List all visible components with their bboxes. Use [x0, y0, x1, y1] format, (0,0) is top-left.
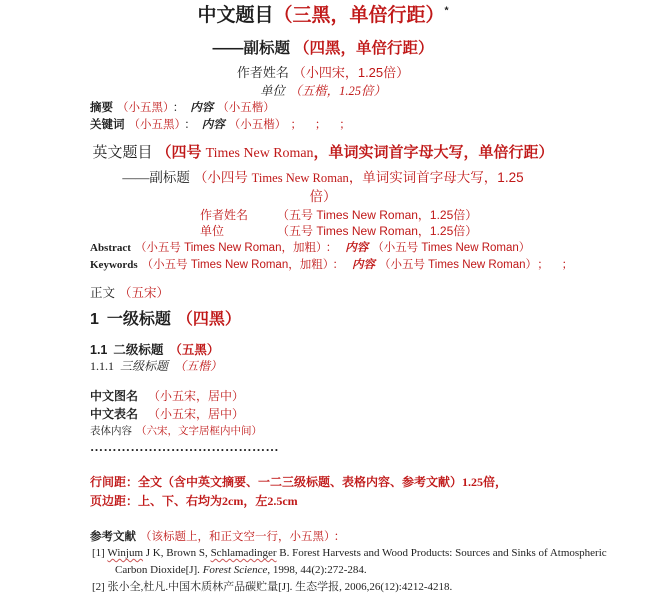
heading3-text: 三级标题 [120, 359, 168, 373]
cn-keywords-colon: ： [184, 119, 196, 131]
cn-subtitle-format-note: （四黑，单倍行距） [294, 40, 434, 57]
table-body-format-note: （六宋，文字居框内中间） [136, 425, 262, 437]
references-heading-line: 参考文献（该标题上，和正文空一行，小五黑）： [90, 530, 345, 544]
cn-title-format-note: （三黑，单倍行距） [273, 5, 444, 26]
cn-title-line: 中文题目（三黑，单倍行距）* [0, 4, 646, 28]
line-spacing-note-text: 行间距：全文（含中英文摘要、一二三级标题、表格内容、参考文献）1.25倍， [90, 475, 507, 489]
en-keywords-size-note: （小五号 Times New Roman，加粗） [142, 259, 329, 271]
table-caption-label: 中文表名 [90, 407, 138, 421]
en-abstract-label: Abstract [90, 242, 131, 254]
en-affiliation: 单位 [200, 224, 277, 239]
ref2-text: [2] 张小全,杜凡.中国木质林产品碳贮量[J]. 生态学报, 2006,26(… [92, 581, 452, 593]
references-heading-note: （该标题上，和正文空一行，小五黑） [140, 531, 330, 543]
en-subtitle-wrap-tail: 倍） [310, 189, 337, 204]
cn-author-format-note: （小四宋，1.25倍） [293, 65, 409, 80]
heading2-number: 1.1 [90, 343, 107, 357]
dotted-placeholder-line: …………………………………… [90, 439, 279, 455]
en-author-format-note: （五号 Times New Roman，1.25倍） [277, 208, 477, 222]
heading1-line: 1一级标题（四黑） [90, 310, 241, 330]
reference-item-1-line1: [1] Winjum J K, Brown S, Schlamadinger B… [92, 547, 607, 561]
cn-abstract-content-note: （小五楷） [217, 102, 275, 114]
en-abstract-line: Abstract（小五号 Times New Roman，加粗）：内容（小五号 … [90, 241, 530, 256]
title-footnote-star: * [444, 6, 448, 17]
page-margin-note: 页边距：上、下、右均为2cm，左2.5cm [90, 494, 298, 509]
ref1-line2-post: , 1998, 44(2):272-284. [267, 564, 366, 576]
en-abstract-content: 内容 [345, 242, 368, 254]
en-affiliation-line: 单位（五号 Times New Roman，1.25倍） [200, 224, 477, 239]
figure-caption-line: 中文图名（小五宋，居中） [90, 389, 244, 404]
ref1-title-part: B. Forest Harvests and Wood Products: So… [277, 547, 607, 559]
en-subtitle-line2: 倍） [0, 189, 646, 206]
cn-abstract-colon: ： [173, 102, 185, 114]
cn-author-line: 作者姓名（小四宋，1.25倍） [0, 65, 646, 81]
reference-item-1-line2: Carbon Dioxide[J]. Forest Science, 1998,… [115, 564, 367, 578]
en-author-line: 作者姓名（五号 Times New Roman，1.25倍） [200, 208, 477, 223]
en-abstract-size-note: （小五号 Times New Roman，加粗） [135, 242, 322, 254]
cn-abstract-line: 摘要（小五黑）：内容（小五楷） [90, 101, 275, 115]
cn-keywords-label: 关键词 [90, 119, 125, 131]
heading2-format-note: （五黑） [169, 343, 219, 357]
cn-subtitle: ——副标题 [212, 40, 290, 57]
ref1-line2-pre: Carbon Dioxide[J]. [115, 564, 203, 576]
table-caption-format-note: （小五宋，居中） [148, 407, 244, 421]
cn-abstract-size-note: （小五黑） [117, 102, 169, 114]
cn-author: 作者姓名 [237, 65, 289, 80]
heading3-format-note: （五楷） [174, 359, 222, 373]
cn-abstract-content: 内容 [190, 102, 213, 114]
en-subtitle-note-rest: ，单词实词首字母大写，1.25 [349, 170, 524, 185]
en-subtitle-latin-font: Times New Roman [252, 171, 349, 185]
en-keywords-content: 内容 [352, 259, 375, 271]
en-keywords-colon: ： [332, 259, 344, 271]
cn-affiliation-line: 单位（五楷，1.25倍） [0, 84, 646, 100]
en-affiliation-format-note: （五号 Times New Roman，1.25倍） [277, 224, 477, 238]
en-subtitle-note-open: （小四号 [194, 170, 252, 185]
cn-abstract-label: 摘要 [90, 102, 113, 114]
heading2-text: 二级标题 [113, 343, 163, 357]
cn-keywords-content-note: （小五楷） [229, 119, 281, 131]
page-margin-note-text: 页边距：上、下、右均为2cm，左2.5cm [90, 494, 298, 508]
en-keywords-separators: ； ； [537, 259, 573, 271]
en-title-line: 英文题目（四号 Times New Roman，单词实词首字母大写，单倍行距） [0, 144, 646, 163]
table-body-line: 表体内容（六宋，文字居框内中间） [90, 425, 262, 438]
body-label: 正文 [90, 286, 115, 300]
ref1-authors-mid: J K, Brown S, [143, 547, 211, 559]
en-title-note-open: （四号 [156, 144, 205, 161]
figure-caption-label: 中文图名 [90, 389, 138, 403]
heading3-line: 1.1.1三级标题（五楷） [90, 359, 222, 374]
cn-affiliation-format-note: （五楷，1.25倍） [289, 84, 386, 98]
heading3-number: 1.1.1 [90, 359, 114, 373]
en-keywords-line: Keywords（小五号 Times New Roman，加粗）：内容（小五号 … [90, 258, 573, 273]
document-page: 中文题目（三黑，单倍行距）* ——副标题（四黑，单倍行距） 作者姓名（小四宋，1… [0, 0, 646, 600]
en-title-latin-font: Times New Roman [206, 146, 314, 161]
ref1-author-misspelled-1: Winjum [107, 547, 143, 559]
cn-keywords-line: 关键词（小五黑）：内容（小五楷）； ； ； [90, 118, 351, 132]
table-caption-line: 中文表名（小五宋，居中） [90, 407, 244, 422]
references-heading-label: 参考文献 [90, 531, 136, 543]
ref1-author-misspelled-2: Schlamadinger [211, 547, 277, 559]
cn-keywords-separators: ； ； ； [291, 119, 351, 131]
line-spacing-note: 行间距：全文（含中英文摘要、一二三级标题、表格内容、参考文献）1.25倍， [90, 475, 507, 490]
heading1-text: 一级标题 [107, 311, 171, 328]
reference-item-2: [2] 张小全,杜凡.中国木质林产品碳贮量[J]. 生态学报, 2006,26(… [92, 581, 452, 595]
cn-affiliation: 单位 [260, 84, 285, 98]
cn-title: 中文题目 [197, 5, 273, 26]
en-title-note-rest: ，单词实词首字母大写，单倍行距） [314, 144, 554, 161]
en-subtitle: ——副标题 [122, 170, 190, 185]
cn-keywords-content: 内容 [202, 119, 225, 131]
en-abstract-colon: ： [326, 242, 338, 254]
ref1-journal-name: Forest Science [203, 564, 268, 576]
body-label-format-note: （五宋） [119, 286, 169, 300]
heading1-number: 1 [90, 311, 99, 328]
en-abstract-content-note: （小五号 Times New Roman） [372, 242, 530, 254]
ref1-index: [1] [92, 547, 107, 559]
figure-caption-format-note: （小五宋，居中） [148, 389, 244, 403]
en-title: 英文题目 [92, 145, 152, 161]
references-heading-colon: ： [334, 531, 346, 543]
cn-subtitle-line: ——副标题（四黑，单倍行距） [0, 39, 646, 58]
en-keywords-label: Keywords [90, 259, 138, 271]
en-keywords-content-note: （小五号 Times New Roman） [379, 259, 531, 271]
cn-keywords-size-note: （小五黑） [129, 119, 181, 131]
dotted-placeholder: …………………………………… [90, 439, 279, 454]
body-label-line: 正文（五宋） [90, 286, 169, 302]
en-subtitle-line1: ——副标题（小四号 Times New Roman，单词实词首字母大写，1.25 [0, 170, 646, 187]
en-author: 作者姓名 [200, 208, 277, 223]
table-body-label: 表体内容 [90, 426, 132, 437]
heading2-line: 1.1二级标题（五黑） [90, 343, 219, 359]
heading1-format-note: （四黑） [177, 311, 241, 328]
